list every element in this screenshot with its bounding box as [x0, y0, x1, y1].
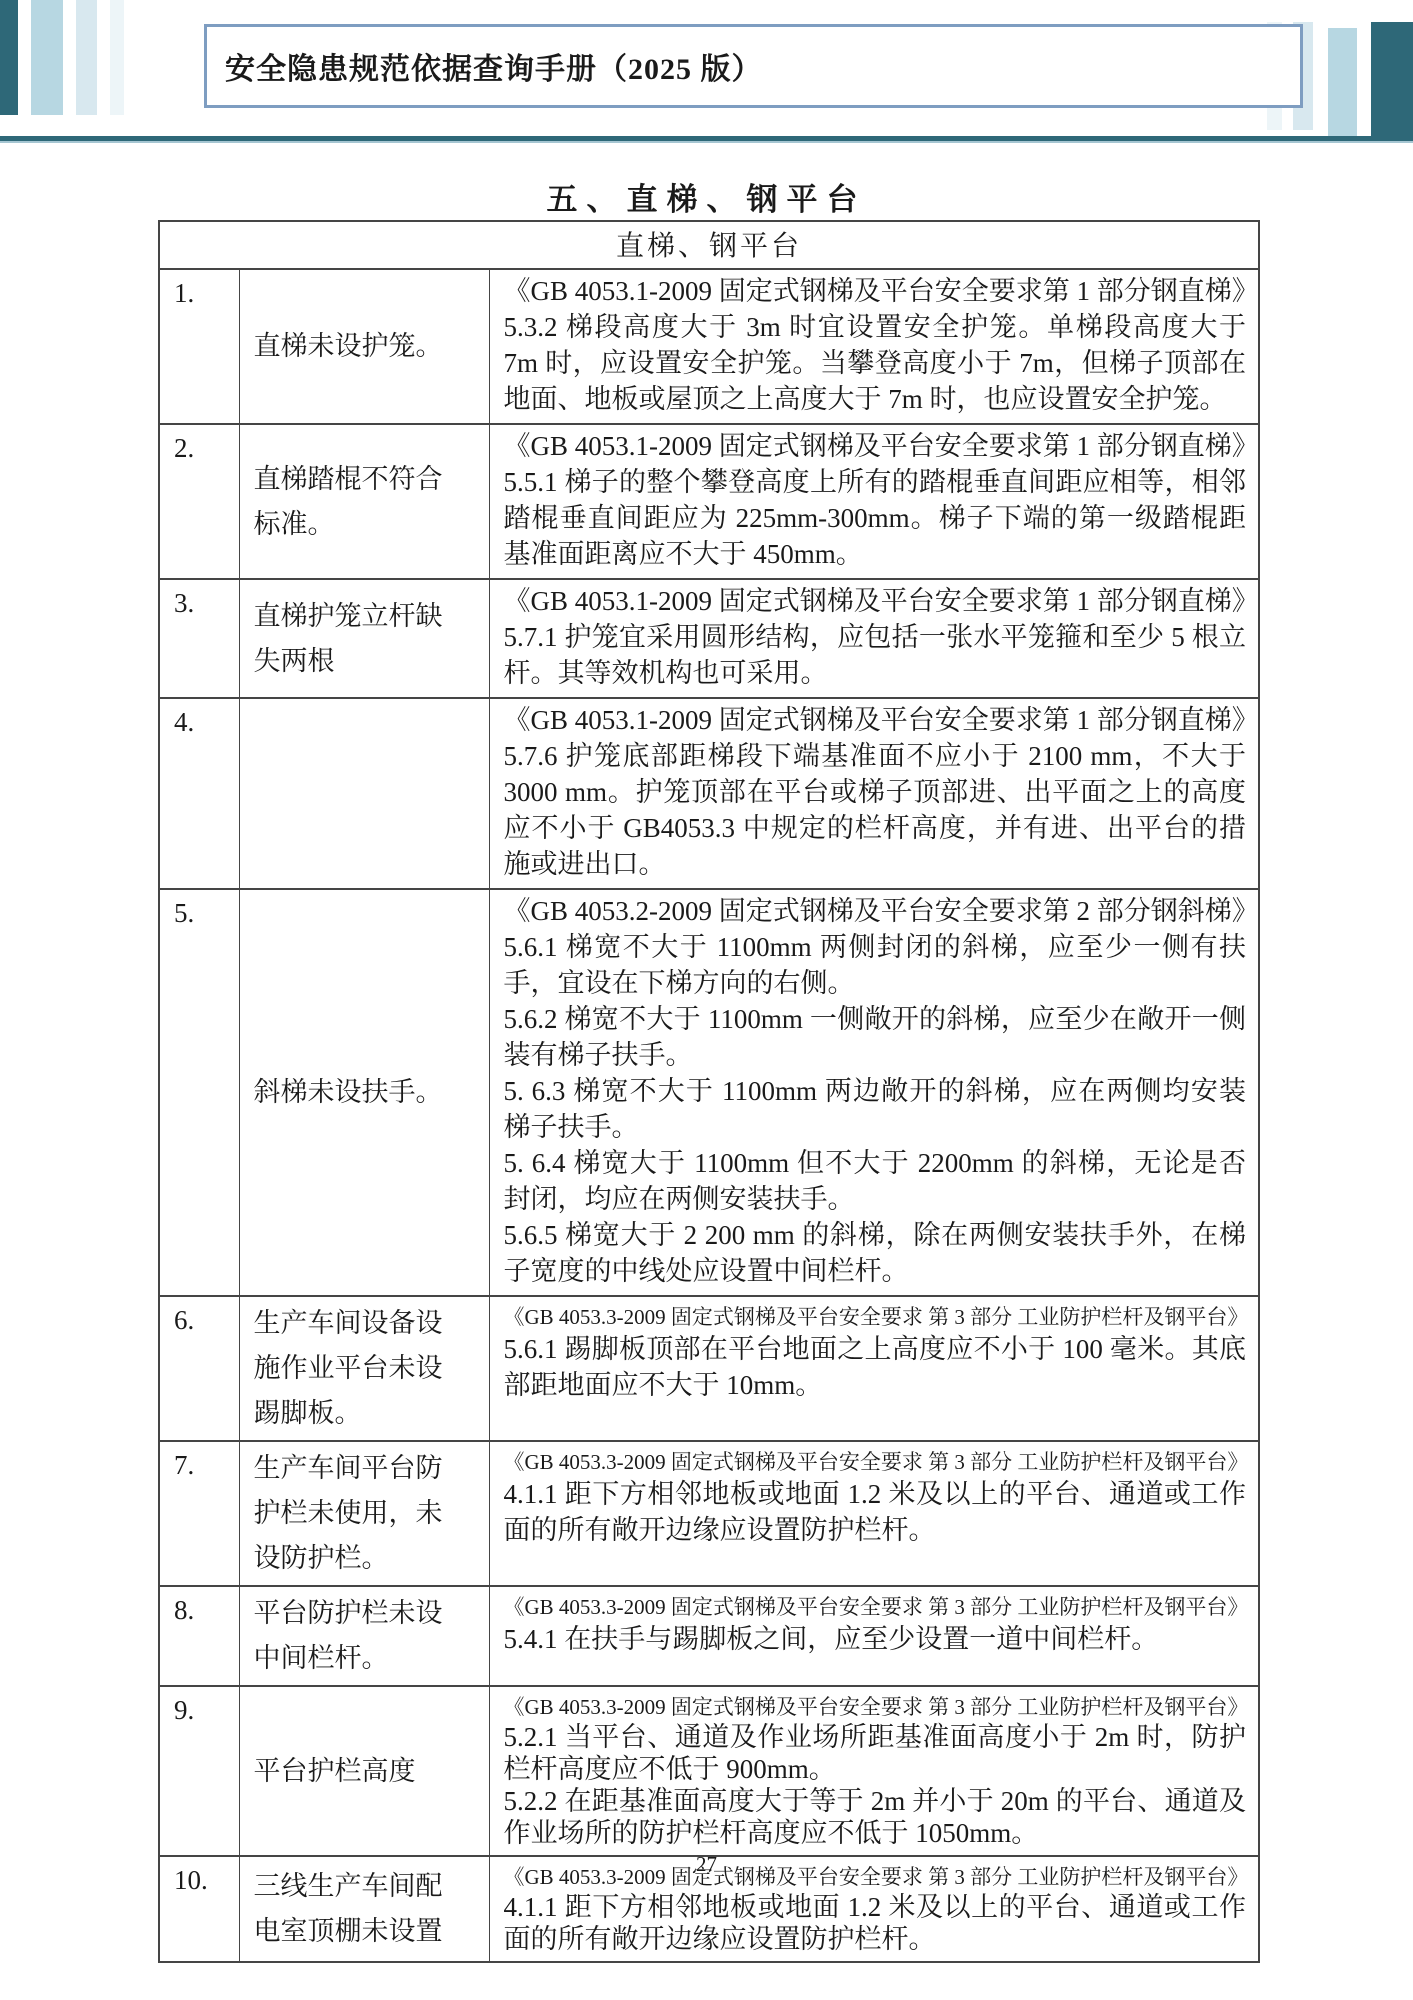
standard-clause: 5.6.5 梯宽大于 2 200 mm 的斜梯，除在两侧安装扶手外，在梯子宽度的… [504, 1217, 1247, 1289]
standard-clause: 5.6.2 梯宽不大于 1100mm 一侧敞开的斜梯，应至少在敞开一侧装有梯子扶… [504, 1001, 1247, 1073]
standard-title: 《GB 4053.3-2009 固定式钢梯及平台安全要求 第 3 部分 工业防护… [504, 1690, 1247, 1721]
row-number: 1. [159, 269, 239, 424]
table-title-row: 直梯、钢平台 [159, 221, 1259, 269]
row-number: 5. [159, 889, 239, 1296]
standard-clause: 5.5.1 梯子的整个攀登高度上所有的踏棍垂直间距应相等，相邻踏棍垂直间距应为 … [504, 464, 1247, 572]
row-number: 3. [159, 579, 239, 698]
standard-title: 《GB 4053.2-2009 固定式钢梯及平台安全要求第 2 部分钢斜梯》 [504, 893, 1247, 929]
table-row: 4.《GB 4053.1-2009 固定式钢梯及平台安全要求第 1 部分钢直梯》… [159, 698, 1259, 889]
decorative-bar-left-medium [31, 0, 63, 115]
standard-clause: 5.4.1 在扶手与踢脚板之间，应至少设置一道中间栏杆。 [504, 1621, 1247, 1657]
reference-cell: 《GB 4053.3-2009 固定式钢梯及平台安全要求 第 3 部分 工业防护… [489, 1296, 1259, 1441]
standard-title: 《GB 4053.1-2009 固定式钢梯及平台安全要求第 1 部分钢直梯》 [504, 273, 1247, 309]
decorative-bar-right-dark [1371, 22, 1413, 143]
header-divider-band [0, 136, 1413, 143]
decorative-bar-left-light [76, 0, 97, 115]
standard-title: 《GB 4053.3-2009 固定式钢梯及平台安全要求 第 3 部分 工业防护… [504, 1300, 1247, 1331]
reference-cell: 《GB 4053.1-2009 固定式钢梯及平台安全要求第 1 部分钢直梯》5.… [489, 579, 1259, 698]
standard-clause: 5.6.1 踢脚板顶部在平台地面之上高度应不小于 100 毫米。其底部距地面应不… [504, 1331, 1247, 1403]
standard-clause: 5.2.1 当平台、通道及作业场所距基准面高度小于 2m 时，防护栏杆高度应不低… [504, 1721, 1247, 1785]
table-row: 6.生产车间设备设施作业平台未设踢脚板。《GB 4053.3-2009 固定式钢… [159, 1296, 1259, 1441]
row-number: 4. [159, 698, 239, 889]
standard-clause: 4.1.1 距下方相邻地板或地面 1.2 米及以上的平台、通道或工作面的所有敞开… [504, 1891, 1247, 1955]
manual-page: 安全隐患规范依据查询手册（2025 版） 五、直梯、钢平台 直梯、钢平台 1.直… [0, 0, 1413, 2000]
standards-table: 直梯、钢平台 1.直梯未设护笼。《GB 4053.1-2009 固定式钢梯及平台… [158, 220, 1260, 1963]
standard-clause: 5.7.1 护笼宜采用圆形结构，应包括一张水平笼箍和至少 5 根立杆。其等效机构… [504, 619, 1247, 691]
standard-title: 《GB 4053.1-2009 固定式钢梯及平台安全要求第 1 部分钢直梯》 [504, 428, 1247, 464]
reference-cell: 《GB 4053.1-2009 固定式钢梯及平台安全要求第 1 部分钢直梯》5.… [489, 698, 1259, 889]
standard-title: 《GB 4053.1-2009 固定式钢梯及平台安全要求第 1 部分钢直梯》 [504, 583, 1247, 619]
hazard-cell [239, 698, 489, 889]
hazard-cell: 直梯踏棍不符合标准。 [239, 424, 489, 579]
hazard-cell: 斜梯未设扶手。 [239, 889, 489, 1296]
table-row: 3.直梯护笼立杆缺失两根《GB 4053.1-2009 固定式钢梯及平台安全要求… [159, 579, 1259, 698]
standard-clause: 5.6.1 梯宽不大于 1100mm 两侧封闭的斜梯，应至少一侧有扶手，宜设在下… [504, 929, 1247, 1001]
hazard-cell: 生产车间平台防护栏未使用，未设防护栏。 [239, 1441, 489, 1586]
manual-title: 安全隐患规范依据查询手册（2025 版） [207, 44, 763, 88]
table-row: 9.平台护栏高度《GB 4053.3-2009 固定式钢梯及平台安全要求 第 3… [159, 1686, 1259, 1856]
table-row: 7.生产车间平台防护栏未使用，未设防护栏。《GB 4053.3-2009 固定式… [159, 1441, 1259, 1586]
table-row: 5.斜梯未设扶手。《GB 4053.2-2009 固定式钢梯及平台安全要求第 2… [159, 889, 1259, 1296]
standard-title: 《GB 4053.1-2009 固定式钢梯及平台安全要求第 1 部分钢直梯》 [504, 702, 1247, 738]
standard-clause: 5. 6.3 梯宽不大于 1100mm 两边敞开的斜梯，应在两侧均安装梯子扶手。 [504, 1073, 1247, 1145]
row-number: 8. [159, 1586, 239, 1686]
table-row: 1.直梯未设护笼。《GB 4053.1-2009 固定式钢梯及平台安全要求第 1… [159, 269, 1259, 424]
standard-title: 《GB 4053.3-2009 固定式钢梯及平台安全要求 第 3 部分 工业防护… [504, 1590, 1247, 1621]
hazard-cell: 平台防护栏未设中间栏杆。 [239, 1586, 489, 1686]
standard-clause: 5.2.2 在距基准面高度大于等于 2m 并小于 20m 的平台、通道及作业场所… [504, 1785, 1247, 1849]
reference-cell: 《GB 4053.1-2009 固定式钢梯及平台安全要求第 1 部分钢直梯》5.… [489, 424, 1259, 579]
table-row: 8.平台防护栏未设中间栏杆。《GB 4053.3-2009 固定式钢梯及平台安全… [159, 1586, 1259, 1686]
table-row: 2.直梯踏棍不符合标准。《GB 4053.1-2009 固定式钢梯及平台安全要求… [159, 424, 1259, 579]
reference-cell: 《GB 4053.2-2009 固定式钢梯及平台安全要求第 2 部分钢斜梯》5.… [489, 889, 1259, 1296]
decorative-bar-left-dark [0, 0, 18, 115]
standard-clause: 5. 6.4 梯宽大于 1100mm 但不大于 2200mm 的斜梯，无论是否封… [504, 1145, 1247, 1217]
standard-title: 《GB 4053.3-2009 固定式钢梯及平台安全要求 第 3 部分 工业防护… [504, 1445, 1247, 1476]
table-title: 直梯、钢平台 [159, 221, 1259, 269]
reference-cell: 《GB 4053.1-2009 固定式钢梯及平台安全要求第 1 部分钢直梯》5.… [489, 269, 1259, 424]
row-number: 7. [159, 1441, 239, 1586]
reference-cell: 《GB 4053.3-2009 固定式钢梯及平台安全要求 第 3 部分 工业防护… [489, 1686, 1259, 1856]
reference-cell: 《GB 4053.3-2009 固定式钢梯及平台安全要求 第 3 部分 工业防护… [489, 1586, 1259, 1686]
hazard-cell: 直梯未设护笼。 [239, 269, 489, 424]
standard-clause: 4.1.1 距下方相邻地板或地面 1.2 米及以上的平台、通道或工作面的所有敞开… [504, 1476, 1247, 1548]
hazard-cell: 直梯护笼立杆缺失两根 [239, 579, 489, 698]
standard-clause: 5.7.6 护笼底部距梯段下端基准面不应小于 2100 mm，不大于 3000 … [504, 738, 1247, 882]
page-number: 27 [0, 1852, 1413, 1877]
hazard-cell: 生产车间设备设施作业平台未设踢脚板。 [239, 1296, 489, 1441]
hazard-cell: 平台护栏高度 [239, 1686, 489, 1856]
decorative-bar-right-medium [1328, 28, 1357, 138]
section-title: 五、直梯、钢平台 [0, 174, 1413, 219]
reference-cell: 《GB 4053.3-2009 固定式钢梯及平台安全要求 第 3 部分 工业防护… [489, 1441, 1259, 1586]
standard-clause: 5.3.2 梯段高度大于 3m 时宜设置安全护笼。单梯段高度大于 7m 时，应设… [504, 309, 1247, 417]
row-number: 9. [159, 1686, 239, 1856]
decorative-bar-left-faint [110, 0, 124, 115]
row-number: 2. [159, 424, 239, 579]
row-number: 6. [159, 1296, 239, 1441]
header-title-box: 安全隐患规范依据查询手册（2025 版） [204, 24, 1303, 108]
